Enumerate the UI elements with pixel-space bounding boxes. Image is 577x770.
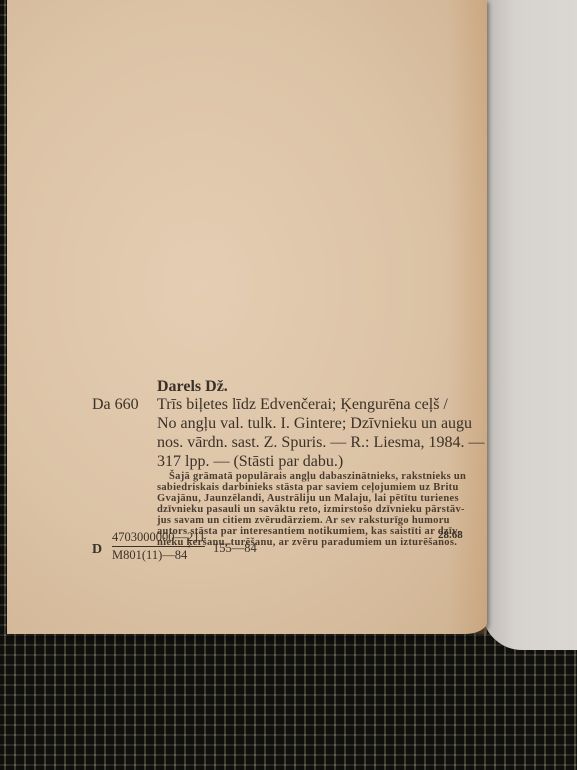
abstract-line: dzīvnieku pasauli un savāktu reto, izmir… <box>157 504 466 515</box>
fraction-denominator: M801(11)—84 <box>112 547 205 563</box>
price: 28.68 <box>438 529 463 541</box>
abstract-line: Gvajānu, Jaunzēlandi, Austrāliju un Mala… <box>157 493 466 504</box>
title-line-3: nos. vārdn. sast. Z. Spuris. — R.: Liesm… <box>157 434 485 452</box>
right-page <box>482 0 577 650</box>
title-line-1: Trīs biļetes līdz Edvenčerai; Ķengurēna … <box>157 396 448 414</box>
abstract-line: sabiedriskais darbinieks stāsta par savi… <box>157 482 466 493</box>
title-line-2: No angļu val. tulk. I. Gintere; Dzīvniek… <box>157 415 472 433</box>
abstract-line: jus savam un citiem zvērudārziem. Ar sev… <box>157 515 466 526</box>
author-name: Darels Dž. <box>157 378 228 396</box>
page-text-area: Darels Dž. Da 660 Trīs biļetes līdz Edve… <box>0 0 487 634</box>
code-suffix: 155—84 <box>213 541 257 556</box>
catalog-fraction: 4703000000—211 M801(11)—84 <box>112 530 205 563</box>
fraction-numerator: 4703000000—211 <box>112 530 205 547</box>
index-letter: D <box>92 542 102 558</box>
abstract-line: Šajā grāmatā populārais angļu dabaszināt… <box>157 471 466 482</box>
call-number: Da 660 <box>92 396 139 414</box>
title-line-4: 317 lpp. — (Stāsti par dabu.) <box>157 453 343 471</box>
